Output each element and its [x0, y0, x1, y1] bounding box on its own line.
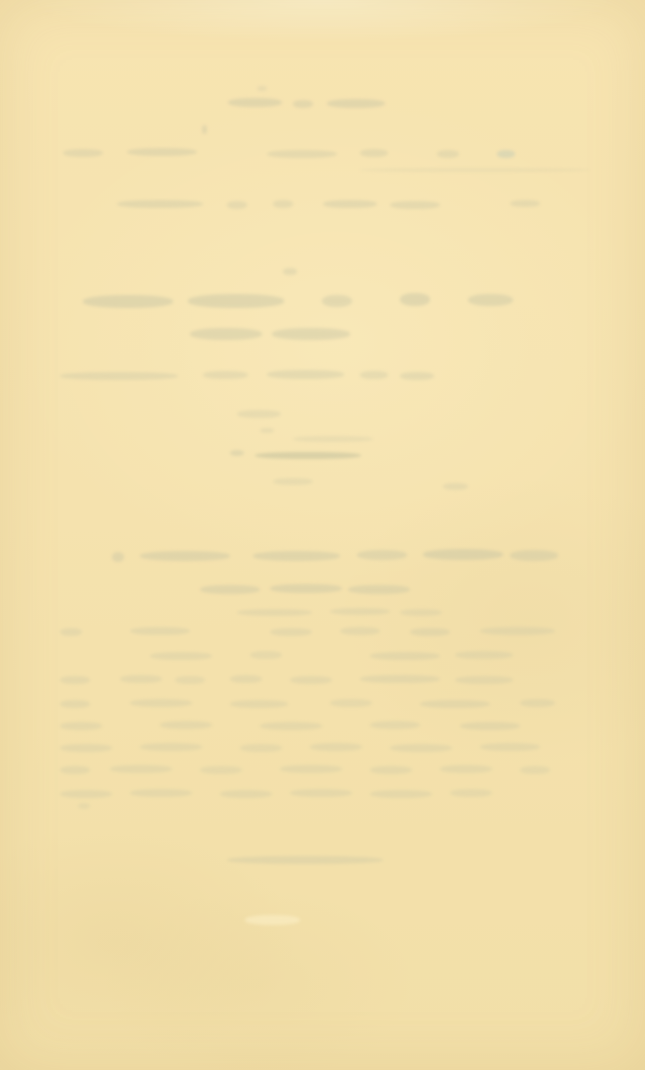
faded-text-mark — [175, 676, 205, 684]
faded-text-mark — [310, 743, 362, 751]
faded-text-mark — [250, 651, 282, 659]
faded-text-mark — [348, 585, 410, 594]
block-body-paragraph — [0, 0, 645, 1070]
faded-text-mark — [290, 789, 352, 797]
faded-text-mark — [220, 790, 272, 798]
faded-text-mark — [510, 200, 540, 207]
faded-text-mark — [150, 652, 212, 660]
faded-text-mark — [83, 295, 173, 308]
faded-text-mark — [400, 609, 442, 616]
faded-text-mark — [390, 744, 452, 752]
faded-text-mark — [455, 676, 513, 684]
faded-text-mark — [360, 168, 590, 172]
faded-text-mark — [370, 790, 432, 798]
faded-text-mark — [360, 675, 440, 683]
faded-text-mark — [400, 293, 430, 306]
faded-text-mark — [60, 628, 82, 636]
faded-text-mark — [480, 743, 540, 751]
faded-text-mark — [370, 766, 412, 774]
block-header-line — [0, 0, 645, 1070]
faded-text-mark — [360, 371, 388, 379]
faded-text-mark — [267, 150, 337, 158]
faded-text-mark — [410, 628, 450, 636]
faded-text-mark — [130, 699, 192, 707]
faded-text-mark — [227, 856, 383, 864]
faded-text-mark — [237, 410, 281, 418]
faded-text-mark — [440, 765, 492, 773]
faded-text-mark — [280, 765, 342, 773]
faded-text-mark — [443, 483, 468, 490]
faded-text-mark — [267, 370, 344, 379]
faded-text-mark — [140, 551, 230, 561]
scanned-page — [0, 0, 645, 1070]
faded-text-mark — [60, 722, 102, 730]
faded-text-mark — [327, 99, 385, 108]
faded-text-mark — [357, 550, 407, 560]
faded-text-mark — [293, 100, 313, 108]
faded-text-mark — [323, 200, 377, 208]
faded-text-mark — [230, 700, 288, 708]
faded-text-mark — [423, 549, 503, 560]
faded-text-mark — [420, 700, 490, 708]
faded-text-mark — [127, 148, 197, 156]
faded-text-mark — [255, 452, 361, 459]
faded-text-mark — [190, 328, 262, 340]
faded-text-mark — [468, 294, 513, 306]
faded-text-mark — [272, 328, 350, 340]
faded-text-mark — [60, 790, 112, 798]
faded-text-mark — [200, 585, 260, 594]
faded-text-mark — [340, 627, 380, 635]
faded-text-mark — [437, 150, 459, 158]
faded-text-mark — [510, 550, 558, 561]
faded-text-mark — [480, 627, 555, 635]
faded-text-mark — [257, 86, 267, 91]
faded-text-mark — [283, 268, 297, 275]
faded-text-mark — [270, 584, 342, 593]
faded-text-mark — [140, 743, 202, 751]
faded-text-mark — [203, 371, 248, 379]
faded-text-mark — [130, 627, 190, 635]
faded-text-mark — [60, 700, 90, 708]
faded-text-mark — [497, 150, 515, 158]
block-main-title — [0, 0, 645, 1070]
faded-text-mark — [260, 428, 274, 433]
faded-text-mark — [270, 628, 312, 636]
faded-text-mark — [253, 551, 340, 561]
faded-text-mark — [60, 372, 178, 380]
faded-text-mark — [200, 766, 242, 774]
faded-text-mark — [455, 651, 513, 659]
faded-text-mark — [330, 608, 390, 615]
faded-text-mark — [120, 675, 162, 683]
faded-text-mark — [520, 766, 550, 774]
faded-text-mark — [78, 803, 90, 809]
faded-text-mark — [60, 744, 112, 752]
faded-text-mark — [290, 676, 332, 684]
block-section-heading — [0, 0, 645, 1070]
faded-text-mark — [400, 372, 434, 380]
faded-text-mark — [112, 552, 124, 562]
block-imprint — [0, 0, 645, 1070]
faded-text-mark — [520, 699, 555, 707]
faded-text-mark — [360, 149, 388, 157]
faded-text-mark — [130, 789, 192, 797]
faded-text-mark — [245, 915, 300, 925]
faded-text-mark — [450, 789, 492, 797]
faded-text-mark — [322, 295, 352, 307]
faded-text-mark — [117, 200, 203, 208]
faded-text-mark — [60, 766, 90, 774]
faded-text-mark — [260, 722, 322, 730]
faded-text-mark — [202, 125, 207, 134]
faded-text-mark — [60, 676, 90, 684]
faded-text-mark — [110, 765, 172, 773]
faded-text-mark — [63, 149, 103, 157]
faded-text-mark — [160, 721, 212, 729]
faded-text-mark — [370, 652, 440, 660]
faded-text-mark — [330, 699, 372, 707]
faded-text-mark — [390, 201, 440, 209]
faded-text-mark — [240, 744, 282, 752]
faded-text-mark — [237, 609, 312, 616]
block-closing-line — [0, 0, 645, 1070]
faded-text-mark — [293, 436, 373, 442]
faded-text-mark — [460, 722, 520, 730]
faded-text-mark — [273, 200, 293, 208]
faded-text-mark — [370, 721, 420, 729]
faded-text-mark — [188, 294, 284, 308]
faded-text-mark — [230, 675, 262, 683]
faded-text-mark — [230, 450, 244, 456]
faded-text-mark — [228, 98, 282, 107]
faded-text-mark — [227, 201, 247, 209]
faded-text-mark — [273, 478, 313, 485]
